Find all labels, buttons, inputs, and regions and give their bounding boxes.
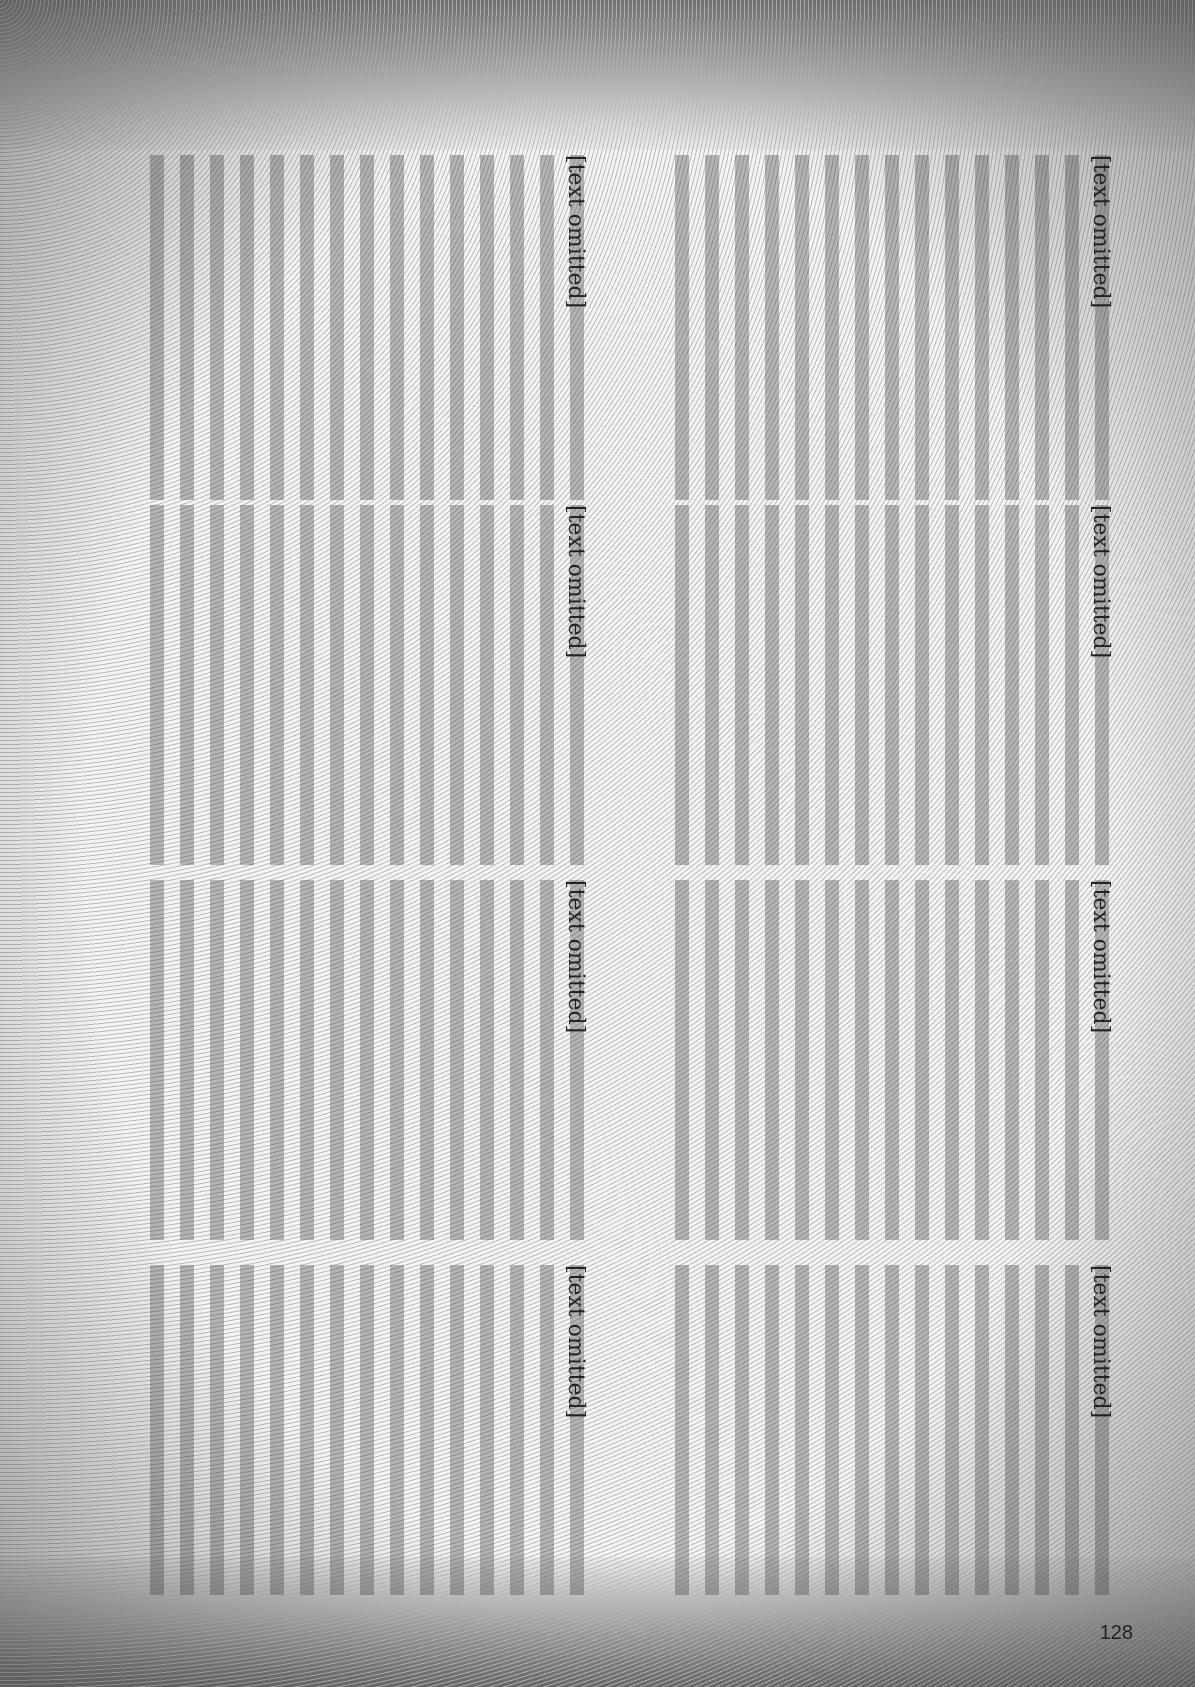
decorative-halftone-top <box>0 0 1195 150</box>
text-tier-3: [text omitted] [text omitted] <box>150 880 1115 1240</box>
text-column: [text omitted] <box>150 505 590 865</box>
text-column: [text omitted] <box>675 1265 1115 1595</box>
page-number: 128 <box>1100 1622 1133 1645</box>
text-column: [text omitted] <box>675 505 1115 865</box>
text-tier-4: [text omitted] [text omitted] <box>150 1265 1115 1595</box>
text-tier-2: [text omitted] [text omitted] <box>150 505 1115 865</box>
text-column: [text omitted] <box>675 155 1115 500</box>
text-column: [text omitted] <box>150 1265 590 1595</box>
text-tier-1: [text omitted] [text omitted] <box>150 155 1115 500</box>
text-column: [text omitted] <box>150 880 590 1240</box>
text-column: [text omitted] <box>150 155 590 500</box>
text-column: [text omitted] <box>675 880 1115 1240</box>
